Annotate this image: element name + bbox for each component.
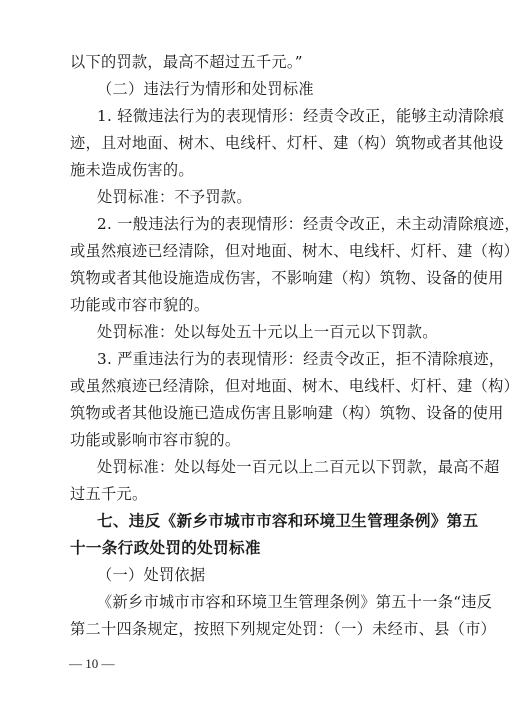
section-heading: 七、违反《新乡市城市市容和环境卫生管理条例》第五 [97, 511, 458, 531]
section-subheading: （一）处罚依据 [97, 565, 458, 585]
text-line: 功能或市容市貌的。 [70, 295, 458, 315]
text-line: 3. 严重违法行为的表现情形：经责令改正，拒不清除痕迹， [97, 349, 458, 369]
text-line: 或虽然痕迹已经清除，但对地面、树木、电线杆、灯杆、建（构） [70, 241, 458, 261]
section-subheading: （二）违法行为情形和处罚标准 [97, 79, 458, 99]
text-line: 《新乡市城市市容和环境卫生管理条例》第五十一条“违反 [97, 592, 458, 612]
text-line: 迹，且对地面、树木、电线杆、灯杆、建（构）筑物或者其他设 [70, 133, 458, 153]
text-line: 功能或影响市容市貌的。 [70, 430, 458, 450]
document-page: 以下的罚款，最高不超过五千元。” （二）违法行为情形和处罚标准 1. 轻微违法行… [0, 0, 527, 702]
text-line: 筑物或者其他设施造成伤害，不影响建（构）筑物、设备的使用 [70, 268, 458, 288]
text-line: 第二十四条规定，按照下列规定处罚：（一）未经市、县（市） [70, 619, 458, 639]
text-line: 施未造成伤害的。 [70, 160, 458, 180]
text-line: 1. 轻微违法行为的表现情形：经责令改正，能够主动清除痕 [97, 106, 458, 126]
section-heading: 十一条行政处罚的处罚标准 [70, 538, 458, 558]
text-line: 2. 一般违法行为的表现情形：经责令改正，未主动清除痕迹， [97, 214, 458, 234]
text-line: 处罚标准：处以每处一百元以上二百元以下罚款，最高不超 [97, 457, 458, 477]
page-number: — 10 — [69, 656, 115, 672]
text-line: 处罚标准：处以每处五十元以上一百元以下罚款。 [97, 322, 458, 342]
text-line: 处罚标准：不予罚款。 [97, 187, 458, 207]
text-line: 或虽然痕迹已经清除，但对地面、树木、电线杆、灯杆、建（构） [70, 376, 458, 396]
text-line: 过五千元。 [70, 484, 458, 504]
text-line: 筑物或者其他设施已造成伤害且影响建（构）筑物、设备的使用 [70, 403, 458, 423]
text-line: 以下的罚款，最高不超过五千元。” [70, 52, 458, 72]
